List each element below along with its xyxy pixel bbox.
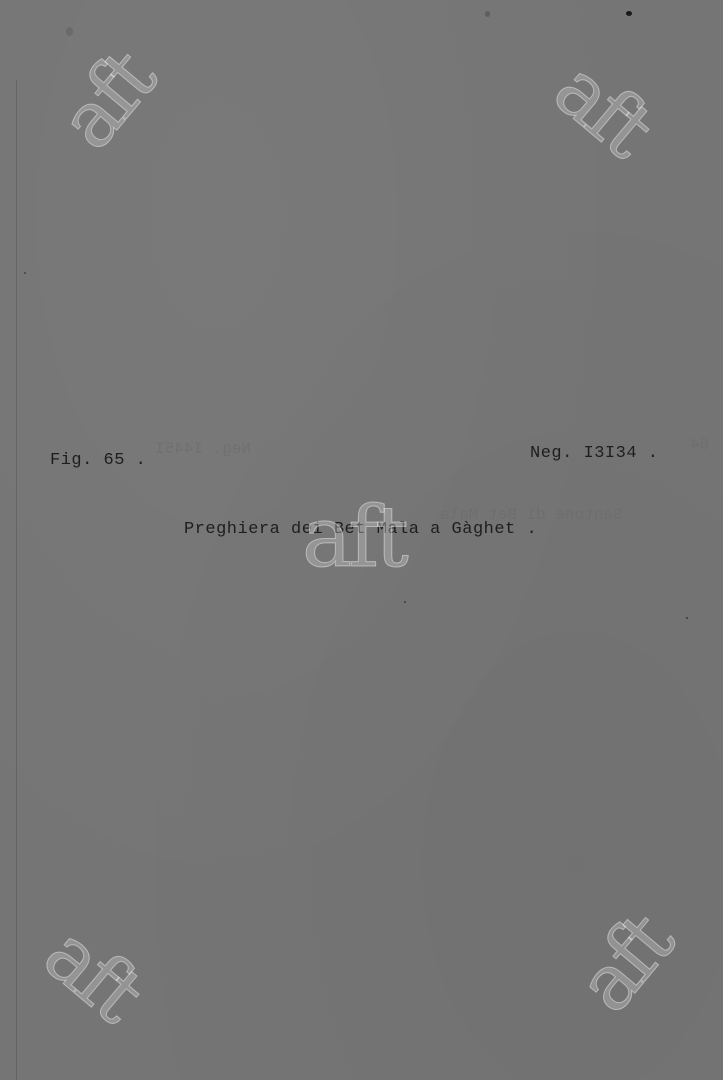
ink-speck <box>626 11 632 16</box>
bleed-through-negative: Neg. I445I <box>155 440 251 458</box>
dust-speck <box>404 601 406 603</box>
dust-speck <box>485 11 490 17</box>
bleed-through-figure: 64 <box>690 436 709 454</box>
figure-number: Fig. 65 . <box>50 451 146 470</box>
dust-speck <box>66 27 73 36</box>
margin-rule <box>16 80 17 1080</box>
dust-speck <box>686 617 688 619</box>
photo-caption: Preghiera dei Bet Mala a Gàghet . <box>184 520 537 539</box>
watermark-bottom-right: aft <box>565 903 686 1026</box>
negative-number: Neg. I3I34 . <box>530 444 658 463</box>
dust-speck <box>24 272 26 274</box>
watermark-bottom-left: aft <box>31 914 154 1035</box>
watermark-top-left: aft <box>47 40 168 163</box>
archival-card: Neg. I445I 64 Santone di Bet Mala Fig. 6… <box>0 0 723 1080</box>
watermark-top-right: aft <box>541 49 664 170</box>
